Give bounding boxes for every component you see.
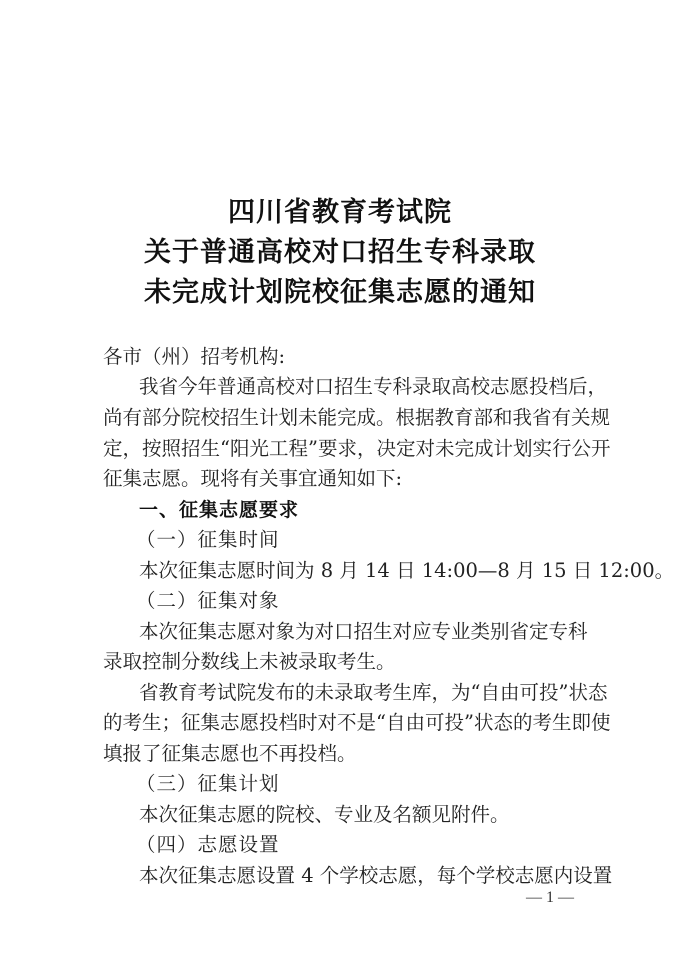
paragraph-line: 省教育考试院发布的未录取考生库，为“自由可投”状态 [139,678,581,708]
subsection-heading: （一）征集时间 [136,525,614,555]
subsection-heading: （四）志愿设置 [136,830,614,860]
document-title-line-1: 四川省教育考试院 [0,196,680,230]
document-title-line-2: 关于普通高校对口招生专科录取 [0,236,680,270]
paragraph-line: 本次征集志愿时间为 8 月 14 日 14:00—8 月 15 日 12:00。 [139,556,581,586]
intro-paragraph-line: 定，按照招生“阳光工程”要求，决定对未完成计划实行公开 [103,434,581,464]
document-page: 四川省教育考试院 关于普通高校对口招生专科录取 未完成计划院校征集志愿的通知 各… [0,0,680,961]
document-title-line-3: 未完成计划院校征集志愿的通知 [0,276,680,310]
page-number: — 1 — [520,889,580,907]
paragraph-line: 的考生；征集志愿投档时对不是“自由可投”状态的考生即使 [103,708,581,738]
intro-paragraph-line: 征集志愿。现将有关事宜通知如下: [103,464,581,494]
subsection-heading: （三）征集计划 [136,769,614,799]
paragraph-line: 本次征集志愿的院校、专业及名额见附件。 [139,800,581,830]
intro-paragraph-line: 我省今年普通高校对口招生专科录取高校志愿投档后， [139,372,581,402]
salutation: 各市（州）招考机构: [103,342,581,372]
subsection-heading: （二）征集对象 [136,586,614,616]
section-heading: 一、征集志愿要求 [139,495,581,525]
paragraph-line: 录取控制分数线上未被录取考生。 [103,647,581,677]
paragraph-line: 本次征集志愿对象为对口招生对应专业类别省定专科 [139,617,581,647]
paragraph-line: 填报了征集志愿也不再投档。 [103,739,581,769]
paragraph-line: 本次征集志愿设置 4 个学校志愿，每个学校志愿内设置 [139,861,581,891]
intro-paragraph-line: 尚有部分院校招生计划未能完成。根据教育部和我省有关规 [103,403,581,433]
